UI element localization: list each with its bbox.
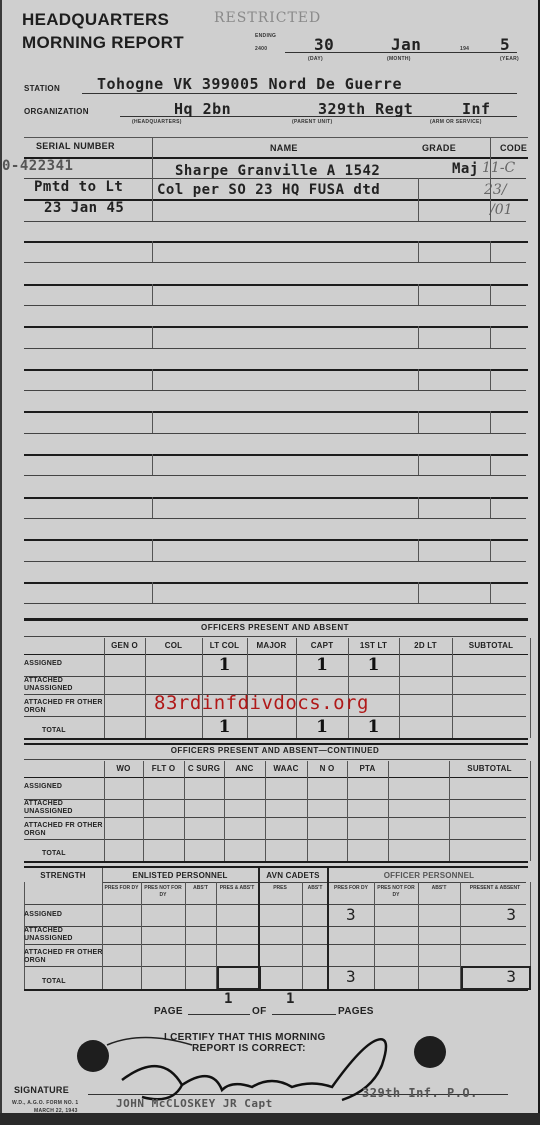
page-number: 1 <box>224 991 233 1007</box>
strength-col-header: PRES FOR DY <box>102 885 141 892</box>
col-header: COL <box>145 641 202 650</box>
of-label: OF <box>252 1006 267 1017</box>
col-header: 2D LT <box>399 641 452 650</box>
entry-serial: 0-422341 <box>2 158 73 174</box>
col-header: 1ST LT <box>348 641 399 650</box>
row-label-assigned: ASSIGNED <box>24 911 62 919</box>
col-header: WAAC <box>265 764 307 773</box>
strength-col-header: PRESENT & ABSENT <box>460 885 530 892</box>
col-header: C SURG <box>184 764 224 773</box>
strength-col-header: PRES FOR DY <box>328 885 374 892</box>
strength-col-header: PRES & ABS'T <box>216 885 258 892</box>
entry-code: 11-C <box>482 160 515 176</box>
row-label-attached-unassigned: ATTACHED UNASSIGNED <box>24 927 104 943</box>
strength-count: 3 <box>328 967 374 986</box>
row-label-assigned: ASSIGNED <box>24 783 62 791</box>
col-header: LT COL <box>202 641 247 650</box>
group-enlisted: ENLISTED PERSONNEL <box>102 871 258 880</box>
strength-count: 3 <box>460 967 530 986</box>
report-month: Jan <box>391 35 421 54</box>
day-caption: (DAY) <box>308 56 323 62</box>
month-caption: (MONTH) <box>387 56 411 62</box>
officer-count: 1 <box>348 717 399 737</box>
group-officer-personnel: OFFICER PERSONNEL <box>328 871 530 880</box>
report-year-digit: 5 <box>500 35 510 54</box>
col-code: CODE <box>500 143 527 153</box>
year-caption: (YEAR) <box>500 56 519 62</box>
ending-2400-label: 2400 <box>255 46 267 52</box>
col-header: SUBTOTAL <box>449 764 530 773</box>
strength-col-header: ABS'T <box>302 885 328 892</box>
form-number: W.D., A.G.O. FORM NO. 1 <box>12 1100 78 1106</box>
row-label-attached-other: ATTACHED FR OTHER ORGN <box>24 699 104 715</box>
pages-label: PAGES <box>338 1006 374 1017</box>
officer-count: 1 <box>202 717 247 737</box>
total-pages: 1 <box>286 991 295 1007</box>
morning-report-form: HEADQUARTERS MORNING REPORT RESTRICTED E… <box>2 0 538 1113</box>
punch-hole-right <box>414 1036 446 1068</box>
col-header: SUBTOTAL <box>452 641 530 650</box>
entry-remark-line1-b: Col per SO 23 HQ FUSA dtd <box>157 182 380 198</box>
unit-typed: 329th Inf. P.O. <box>362 1086 478 1100</box>
watermark-text: 83rdinfdivdocs.org <box>154 692 369 714</box>
entry-code-line2: 23/ <box>484 182 507 198</box>
row-label-assigned: ASSIGNED <box>24 660 62 668</box>
arm-caption: (ARM OR SERVICE) <box>430 119 482 125</box>
org-parent-unit: 329th Regt <box>318 100 413 118</box>
col-header: ANC <box>224 764 265 773</box>
strength-col-header: ABS'T <box>418 885 460 892</box>
film-edge-bottom <box>0 1113 540 1125</box>
org-headquarters: Hq 2bn <box>174 100 231 118</box>
organization-label: ORGANIZATION <box>24 107 89 116</box>
officer-count: 1 <box>296 655 348 675</box>
restricted-stamp: RESTRICTED <box>214 10 321 26</box>
officer-count: 1 <box>296 717 348 737</box>
station-value: Tohogne VK 399005 Nord De Guerre <box>97 75 402 93</box>
officers-continued-title: OFFICERS PRESENT AND ABSENT—CONTINUED <box>24 746 526 755</box>
page-label: PAGE <box>154 1006 183 1017</box>
strength-count: 3 <box>328 905 374 924</box>
ending-label: ENDING <box>255 33 276 39</box>
hq-caption: (HEADQUARTERS) <box>132 119 182 125</box>
enlisted-total-box <box>217 966 261 990</box>
org-arm-service: Inf <box>462 100 491 118</box>
strength-col-header: PRES NOT FOR DY <box>374 885 418 899</box>
strength-col-header: ABS'T <box>185 885 216 892</box>
station-label: STATION <box>24 84 60 93</box>
col-header: N O <box>307 764 347 773</box>
row-label-attached-other: ATTACHED FR OTHER ORGN <box>24 949 104 965</box>
col-header: PTA <box>347 764 388 773</box>
row-label-total: TOTAL <box>42 978 66 986</box>
col-header: GEN O <box>104 641 145 650</box>
row-label-attached-unassigned: ATTACHED UNASSIGNED <box>24 677 104 693</box>
col-serial-number: SERIAL NUMBER <box>36 141 115 151</box>
strength-col-header: PRES NOT FOR DY <box>141 885 185 899</box>
col-header: CAPT <box>296 641 348 650</box>
col-grade: GRADE <box>422 143 456 153</box>
strength-label: STRENGTH <box>24 871 102 880</box>
col-header: WO <box>104 764 143 773</box>
row-label-attached-unassigned: ATTACHED UNASSIGNED <box>24 800 104 816</box>
signer-typed-name: JOHN McCLOSKEY JR Capt <box>116 1097 273 1110</box>
entry-code-line3: /01 <box>490 202 513 218</box>
entry-grade: Maj <box>452 161 479 177</box>
row-label-total: TOTAL <box>42 727 66 735</box>
strength-col-header: PRES <box>258 885 302 892</box>
strength-count: 3 <box>460 905 530 924</box>
form-title-morning-report: MORNING REPORT <box>22 33 184 53</box>
row-label-total: TOTAL <box>42 850 66 858</box>
col-header: FLT O <box>143 764 184 773</box>
officer-count: 1 <box>348 655 399 675</box>
signature-label: SIGNATURE <box>14 1085 69 1095</box>
parent-caption: (PARENT UNIT) <box>292 119 332 125</box>
officers-table-title: OFFICERS PRESENT AND ABSENT <box>24 623 526 632</box>
year-prefix: 194 <box>460 46 469 52</box>
col-header: MAJOR <box>247 641 296 650</box>
entry-remark-line1-a: Pmtd to Lt <box>34 179 123 195</box>
officer-count: 1 <box>202 655 247 675</box>
col-name: NAME <box>270 143 298 153</box>
group-avn-cadets: AVN CADETS <box>258 871 328 880</box>
report-day: 30 <box>314 35 334 54</box>
row-label-attached-other: ATTACHED FR OTHER ORGN <box>24 822 104 838</box>
entry-name: Sharpe Granville A 1542 <box>175 163 380 179</box>
form-title-headquarters: HEADQUARTERS <box>22 10 169 30</box>
entry-remark-line2: 23 Jan 45 <box>44 200 124 216</box>
